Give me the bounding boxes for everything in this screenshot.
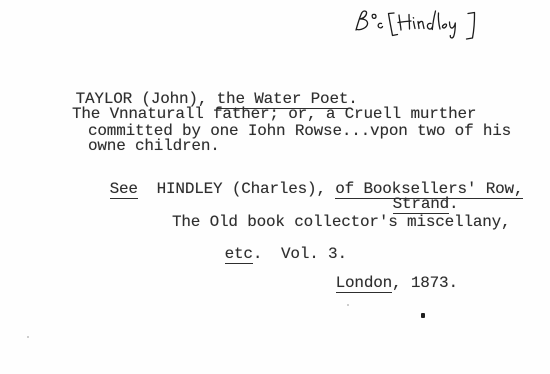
handwritten-annotation [346, 5, 486, 45]
imprint-line: London, 1873. [298, 259, 458, 307]
strand-period: . [449, 195, 458, 213]
etc-underlined: etc [225, 245, 253, 264]
glyph-e [442, 24, 446, 28]
glyph-superscript-o [372, 14, 376, 18]
glyph-c [378, 23, 382, 28]
see-label-underlined: See [110, 180, 138, 199]
catalog-card: TAYLOR (John), the Water Poet. The Vnnat… [0, 0, 550, 374]
glyph-i [414, 22, 416, 29]
glyph-B [356, 11, 368, 30]
glyph-open-bracket [389, 13, 398, 36]
title-line-1: The Vnnaturall father; or, a Cruell murt… [72, 106, 476, 122]
title-line-3: owne children. [88, 138, 220, 154]
glyph-d-stem [432, 11, 435, 30]
faint-speck [347, 304, 349, 306]
handwriting-strokes [356, 11, 475, 39]
imprint-date: , 1873. [392, 274, 458, 292]
imprint-place-underlined: London [336, 274, 392, 293]
glyph-d-bowl [427, 23, 432, 29]
glyph-l [438, 13, 440, 29]
faint-speck [27, 336, 29, 338]
see-reference-name: HINDLEY (Charles), [138, 180, 335, 198]
work-title-line: The Old book collector's miscellany, [172, 214, 510, 230]
ink-speck [421, 313, 425, 318]
glyph-y [450, 22, 456, 38]
glyph-close-bracket [467, 13, 475, 40]
glyph-n [418, 21, 424, 28]
strand-underlined: Strand [393, 195, 449, 214]
